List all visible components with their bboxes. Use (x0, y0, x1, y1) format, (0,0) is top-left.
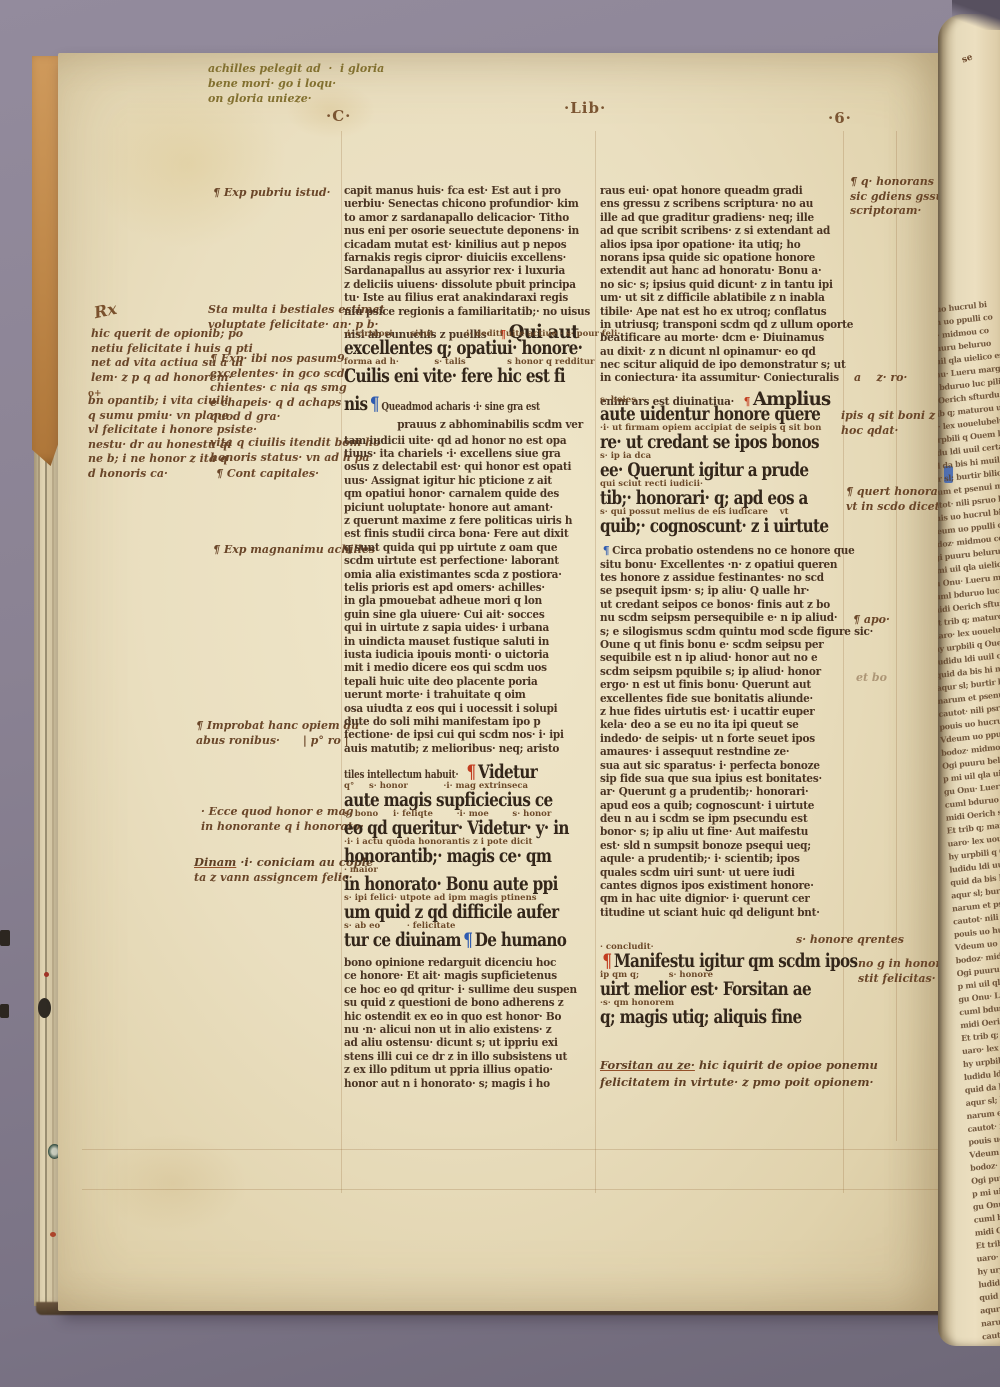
text-line: a z· ro· (854, 371, 907, 386)
text-line: piciunt uoluptate· honore aut amant· (344, 501, 585, 514)
text-line: on gloria unieze· (208, 91, 384, 106)
text-line: telis prioris est apd omers· achilles· (344, 581, 585, 594)
paragraph-mark: ¶ (600, 544, 612, 557)
backdrop-corner (952, 0, 1000, 30)
text-line: tur ce diuinam¶De humano (344, 926, 547, 954)
text-line: q sunt quida qui pp uirtute z oam que (344, 541, 585, 554)
text-line: nis¶Queadmod acharis ·i· sine gra est (344, 390, 547, 418)
text-line: est finis studii circa bona· Fere aut di… (344, 527, 585, 540)
text-line: honor aut n i honorato· s; magis i ho (344, 1077, 585, 1090)
text-line: abus ronibus· | p° ro | (196, 734, 359, 749)
manuscript-photo: { "header": { "left": "·C·", "center": "… (0, 0, 1000, 1387)
commentary-block: tam iudicii uite· qd ad honor no est opa… (344, 434, 598, 755)
text-line: tes honore z assidue festinantes· no scd (600, 571, 838, 584)
text-line: qui in uirtute z sapia uides· i urbana (344, 621, 585, 634)
bottom-note: Forsitan au ze· hic iquirit de opioe pon… (600, 1057, 850, 1091)
text-line: bono opinione redarguit dicenciu hoc (344, 956, 585, 969)
text-line: s; e silogismus scdm quintu mod scde fig… (600, 625, 838, 638)
margin-gloss: · Ecce quod honor e magin honorante q i … (201, 805, 364, 834)
commentary-block: raus eui· opat honore queadm gradiens gr… (600, 184, 850, 398)
margin-gloss: s· honore qrentes (796, 933, 904, 948)
text-span: Videtur (478, 761, 537, 783)
paragraph-mark: ¶ (461, 929, 475, 951)
clasp-mark (0, 930, 10, 946)
text-line: raus eui· opat honore queadm gradi (600, 184, 838, 197)
running-header-left: ·C· (326, 107, 351, 125)
text-line: osa uiudta z eos qui i uocessit i solupi (344, 702, 585, 715)
clasp-mark (0, 1004, 9, 1018)
running-header-center: ·Lib· (564, 99, 606, 117)
text-line: scdm seipsm pquibile s; ip aliud· honor (600, 665, 838, 678)
text-line: achilles pelegit ad · i gloria (208, 61, 384, 76)
text-line: ut credant seipos ce bonos· finis aut z … (600, 598, 838, 611)
text-line: bn opantib; i vita ciuili (88, 394, 257, 409)
text-line: ad aliu ostensu· dicunt s; ut ippriu exi (344, 1036, 585, 1049)
text-line: aqule· a prudentib;· i· scientib; ipos (600, 852, 838, 865)
text-line: quib;· cognoscunt· z i uirtute (600, 512, 800, 540)
text-line: q sumu pmiu· vn plane (88, 409, 257, 424)
ruling-line (896, 131, 897, 1141)
text-span: De humano (475, 929, 567, 951)
text-line: in utriusq; transponi scdm qd z ullum op… (600, 318, 838, 331)
text-line: titudine ut sciant huic qd deligunt bnt· (600, 906, 838, 919)
text-line: extendit aut hanc ad honoratu· Bonu a· (600, 264, 838, 277)
edge-text: pouis uo hucrul biVdeum uo ppulli cobodo… (938, 297, 1000, 1344)
text-line: alios ipsa ipor opatione· ita utiq; ho (600, 238, 838, 251)
text-line: no sic· s; ipsius quid dicunt· z in tant… (600, 278, 838, 291)
edge-scribble: se (961, 52, 975, 65)
text-line: ad que scribit scribens· z si extendant … (600, 224, 838, 237)
text-line: z ex illo pditum ut ppria illius opatio· (344, 1063, 585, 1076)
text-line: kela· deo a se eu no ita ipi queut se (600, 718, 838, 731)
text-line: dute do soli mihi manifestam ipo p (344, 715, 585, 728)
text-line: nus eni per osorie seuectute deponens· i… (344, 224, 585, 237)
text-line: ens gressu z scribens scriptura· no au (600, 197, 838, 210)
text-line: q; magis utiq; aliquis fine (600, 1003, 800, 1031)
ruling-line (341, 131, 342, 1193)
text-line: prauus z abhominabilis scdm ver (344, 418, 585, 431)
text-line: sip fide sua que sua ipius est bonitates… (600, 772, 838, 785)
text-line: deu n au i scdm se ipm psecundu est (600, 812, 838, 825)
text-line: ¶ Cont capitales· (216, 467, 319, 482)
text-line: ar· Querunt g a prudentib;· honorari· (600, 785, 838, 798)
text-line: est· sld n sumpsit bonoze psequi ueq; (600, 839, 838, 852)
text-line: beatificare au morte· dcm e· Diuinamus (600, 331, 838, 344)
lemma-block: · concludit·¶Manifestu igitur qm scdm ip… (600, 947, 850, 1031)
text-line: fectione· de ipsi cui qui scdm nos· i· i… (344, 728, 585, 741)
text-line: bene mori· go i loqu· (208, 76, 384, 91)
text-line: auis matutib; z melioribus· neq; aristo (344, 742, 585, 755)
text-line: tam iudicii uite· qd ad honor no est opa (344, 434, 585, 447)
text-span: Circa probatio ostendens no ce honore qu… (612, 544, 854, 557)
text-line: et bo (856, 671, 887, 686)
text-line: nu scdm seipsm persequibile e· n ip aliu… (600, 611, 838, 624)
text-line: in gla pmouebat adheue mori q lon (344, 594, 585, 607)
text-line: mit i medio dicere eos qui scdm uos (344, 661, 585, 674)
text-line: z hue fides uirtutis est· i ucattir eupe… (600, 705, 838, 718)
text-line: sequibile est n ip aliud· honor aut no e (600, 651, 838, 664)
text-span: hic iquirit de opioe ponemu (695, 1058, 878, 1072)
commentary-block: capit manus huis· fca est· Est aut i pro… (344, 184, 598, 331)
margin-gloss: ¶ Improbat hanc opiem duabus ronibus· | … (196, 719, 359, 748)
red-speck (50, 1232, 56, 1237)
margin-gloss: ¶ apo· (853, 613, 890, 628)
text-line: quales scdm uiri sunt· ut uere iudi (600, 866, 838, 879)
manuscript-page: ·C· ·Lib· ·6· achilles pelegit ad · i gl… (58, 53, 948, 1311)
margin-gloss: a z· ro· (854, 371, 907, 386)
text-line: cicadam mutat est· kinilius aut p nepos (344, 238, 585, 251)
text-line: situ bonu· Excellentes ·n· z opatiui que… (600, 558, 838, 571)
text-line: felicitatem in virtute· z pmo poit opion… (600, 1074, 850, 1091)
text-line: ce honore· Et ait· magis supficietenus (344, 969, 585, 982)
text-line: in coniectura· ita assumitur· Coniectura… (600, 371, 838, 384)
paragraph-mark: ¶ (464, 761, 478, 783)
text-line: in honorante q i honorato· (201, 820, 364, 835)
text-line: ¶ Exp· ibi nos pasum9 (210, 352, 349, 367)
text-line: cantes dignos ipos existiment honore· (600, 879, 838, 892)
faint-scribble: et bo (856, 671, 887, 686)
text-line: au dixit· z n dicunt nl opinamur· eo qd (600, 345, 838, 358)
paragraph-mark: ¶ (600, 950, 614, 972)
text-line: guin sine gla uiuere· Cui ait· socces (344, 608, 585, 621)
text-line: stens illi cui ce dr z in illo subsisten… (344, 1050, 585, 1063)
top-annotation: achilles pelegit ad · i gloriabene mori·… (208, 61, 384, 106)
text-line: Oune q ut finis bonu e· scdm seipsu per (600, 638, 838, 651)
text-line: excellentes fide sue bonitatis aliunde· (600, 692, 838, 705)
text-line: osus z delectabil est· qui honor est opa… (344, 460, 585, 473)
text-line: iusta iudicia ipouis monti· o uictoria (344, 648, 585, 661)
text-line: Cuilis eni vite· fere hic est fi (344, 362, 547, 390)
text-column-2: raus eui· opat honore queadm gradiens gr… (600, 184, 850, 1091)
text-line: tepali huic uite deo placente poria (344, 675, 585, 688)
text-line: excelentes· in gco scdi (210, 367, 349, 382)
text-line: in uindicta mauset fustique saluti in (344, 635, 585, 648)
text-span: Forsitan au ze· (600, 1058, 695, 1072)
text-line: Sardanapallus au assyrior rex· i luxuria (344, 264, 585, 277)
text-line: to amor z sardanapallo delicacior· Titho (344, 211, 585, 224)
text-line: farnakis regis cipror· diuiciis excellen… (344, 251, 585, 264)
text-span: tiles intellectum habuit· (344, 768, 464, 781)
text-line: qm in hac uite dignior· i· querunt cer (600, 892, 838, 905)
text-line: scdm uirtute est perfectione· laborant (344, 554, 585, 567)
text-line: niu psice regionis a familiaritatib;· no… (344, 305, 585, 318)
ruling-line (82, 1189, 946, 1190)
text-span: tur ce diuinam (344, 929, 461, 951)
text-span: Manifestu igitur qm scdm ipos (614, 950, 858, 972)
text-span: Queadmod acharis ·i· sine gra est (381, 400, 540, 413)
text-line: ¶ apo· (853, 613, 890, 628)
lemma-block: tiles intellectum habuit· ¶Videturq° s· … (344, 758, 598, 954)
text-line: ¶Circa probatio ostendens no ce honore q… (600, 544, 838, 557)
text-line: tibile· Ape nat est ho ex utroq; conflat… (600, 305, 838, 318)
next-page-fore-edge: se pouis uo hucrul biVdeum uo ppulli cob… (938, 14, 1000, 1346)
text-line: su quid z questioni de bono adherens z (344, 996, 585, 1009)
text-line: ille ad que graditur gradiens· neq; ille (600, 211, 838, 224)
text-line: ¶ Exp pubriu istud· (213, 186, 330, 201)
running-header-right: ·6· (828, 109, 852, 127)
text-line: · Ecce quod honor e mag (201, 805, 364, 820)
margin-gloss: ¶ Cont capitales· (216, 467, 319, 482)
text-line: amaures· i assequut restndine ze· (600, 745, 838, 758)
lemma-block: s· hoiesaute uidentur honore quere·i· ut… (600, 400, 850, 540)
red-speck (44, 972, 49, 977)
margin-flourish: Rx (92, 299, 118, 322)
text-line: uus· Assignat igitur hic pticione z ait (344, 474, 585, 487)
text-line: hic ostendit ex eo in quo est honor· Bo (344, 1010, 585, 1023)
text-line: qm opatiui honor· carnalem quide des (344, 487, 585, 500)
margin-gloss: ¶ Exp pubriu istud· (213, 186, 330, 201)
text-span: Dinam (194, 855, 236, 869)
text-line: norans ipsa quide sic opatione honore (600, 251, 838, 264)
text-line: ¶ Improbat hanc opiem du (196, 719, 359, 734)
text-line: bonor· s; ip aliu ut fine· Aut maifestu (600, 825, 838, 838)
text-span: nis (344, 393, 367, 415)
text-line: uerbiu· Senectas chicono profundior· kim (344, 197, 585, 210)
commentary-block: ¶Circa probatio ostendens no ce honore q… (600, 544, 850, 919)
text-line: s· honore qrentes (796, 933, 904, 948)
text-line: z querunt maxime z fere politicas uiris … (344, 514, 585, 527)
text-line: tiuus· ita chariels ·i· excellens siue g… (344, 447, 585, 460)
lemma-block: ·i· virtuosi sicut ·i· dediti uite actiu… (344, 334, 598, 431)
text-column-1: capit manus huis· fca est· Est aut i pro… (344, 184, 598, 1090)
text-line: tu· Iste au filius erat anakindaraxi reg… (344, 291, 585, 304)
text-line: se psequit ipsm· s; ip aliu· Q ualle hr· (600, 584, 838, 597)
text-line: nec scitur aliquid de ipo demonstratur s… (600, 358, 838, 371)
text-line: hic querit de opionib; po (91, 327, 253, 342)
text-line: uerunt morte· i trahuitate q oim (344, 688, 585, 701)
parchment-stain (98, 1133, 248, 1233)
text-line: um· ut sit z difficile ablatibile z n in… (600, 291, 838, 304)
text-line: apud eos a quib; cognoscunt· i uirtute (600, 799, 838, 812)
text-line: capit manus huis· fca est· Est aut i pro (344, 184, 585, 197)
text-line: omia alia existimantes scda z postiora· (344, 568, 585, 581)
text-line: indedo· de seipis· ut n forte seuet ipos (600, 732, 838, 745)
text-line: sua aut sic sparatus· i· perfecta bonoze (600, 759, 838, 772)
text-line: ergo· n est ut finis bonu· Querunt aut (600, 678, 838, 691)
text-line: z deliciis uiuens· dissolute pbuit princ… (344, 278, 585, 291)
paragraph-mark: ¶ (367, 393, 381, 415)
commentary-block: bono opinione redarguit dicenciu hocce h… (344, 956, 598, 1090)
ink-blot (38, 998, 51, 1018)
text-line: Forsitan au ze· hic iquirit de opioe pon… (600, 1057, 850, 1074)
ruling-line (82, 1149, 946, 1150)
text-line: ce hoc eo qd qritur· i· sullime deu susp… (344, 983, 585, 996)
text-line: nu ·n· alicui non ut in alio existens· z (344, 1023, 585, 1036)
